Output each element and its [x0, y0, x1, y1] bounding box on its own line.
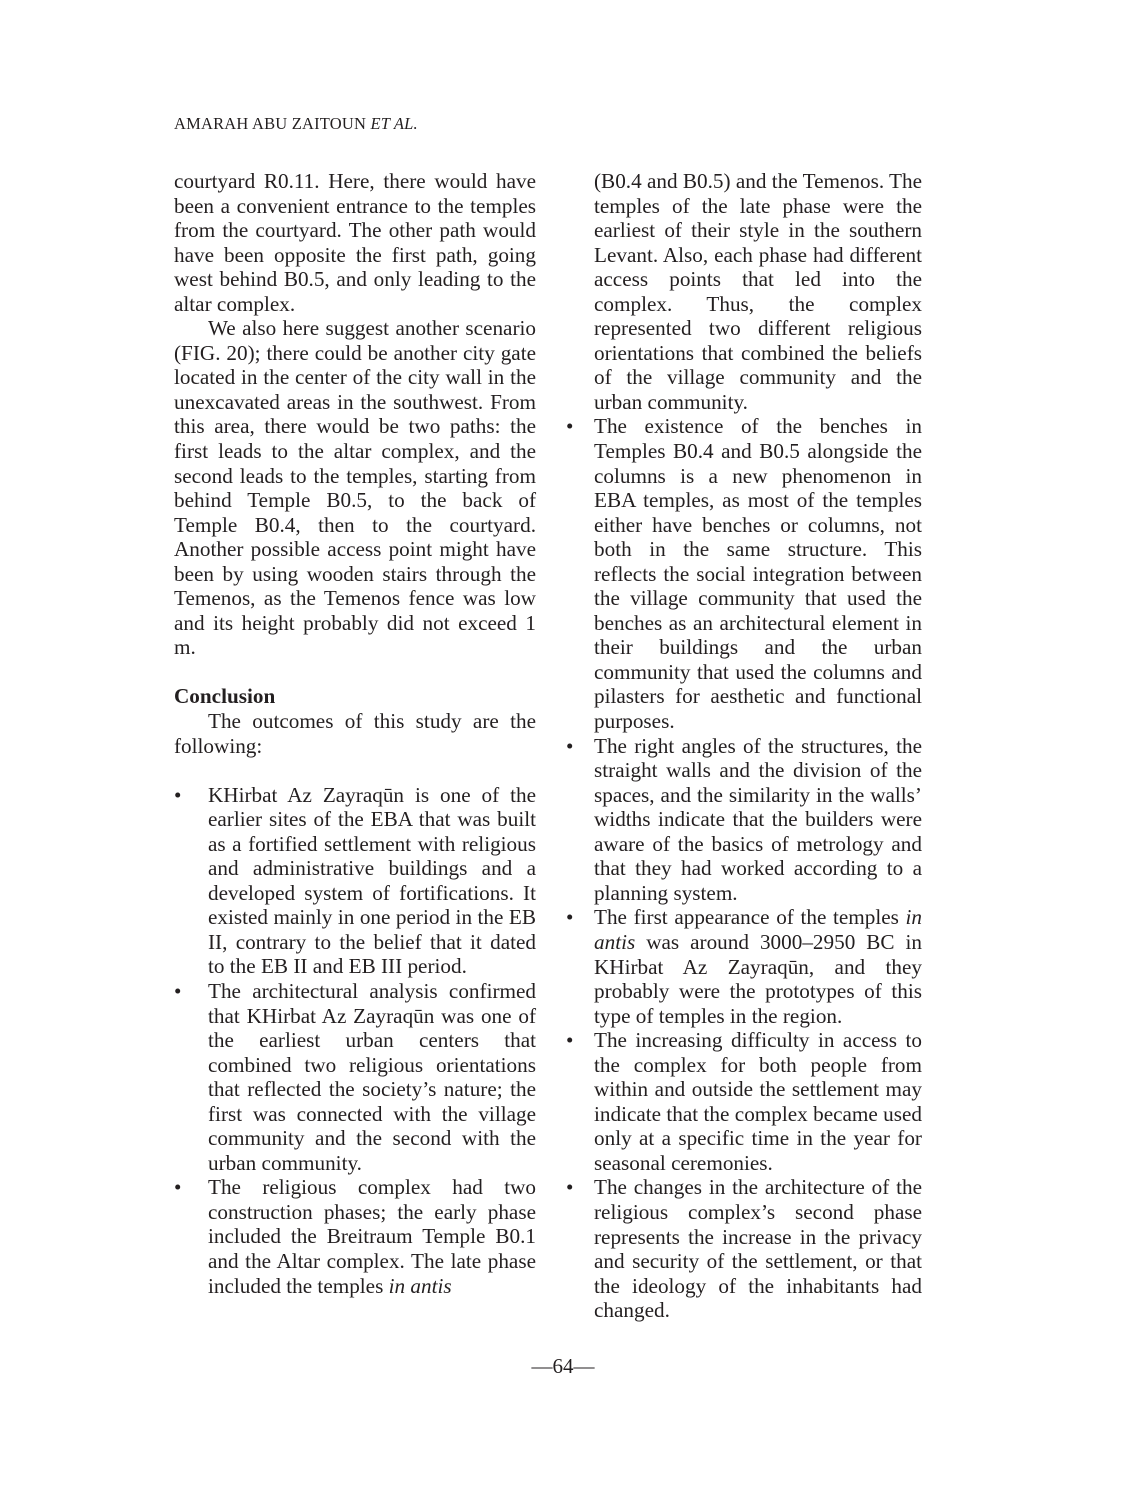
- bullet-icon: •: [174, 1175, 184, 1200]
- list-item: •The architectural analysis confirmed th…: [174, 979, 536, 1175]
- right-column: (B0.4 and B0.5) and the Temenos. The tem…: [566, 169, 922, 1323]
- list-item: •The first appearance of the temples in …: [566, 905, 922, 1028]
- running-head-authors: AMARAH ABU ZAITOUN: [174, 114, 366, 133]
- section-heading-conclusion: Conclusion: [174, 684, 536, 709]
- list-item: •The changes in the architecture of the …: [566, 1175, 922, 1322]
- bullet-icon: •: [566, 414, 576, 439]
- list-item-text: The architectural analysis confirmed tha…: [208, 979, 536, 1175]
- list-item: •The right angles of the structures, the…: [566, 734, 922, 906]
- bullet-icon: •: [566, 905, 576, 930]
- conclusion-list: •KHirbat Az Zayraqūn is one of the earli…: [174, 783, 536, 1298]
- bullet-icon: •: [566, 1028, 576, 1053]
- list-item-text: was around 3000–2950 BC in KHirbat Az Za…: [594, 930, 922, 1028]
- list-item-text: The increasing difficulty in access to t…: [594, 1028, 922, 1175]
- paragraph-access-paths: courtyard R0.11. Here, there would have …: [174, 169, 536, 316]
- list-item-text: The existence of the benches in Temples …: [594, 414, 922, 733]
- list-item: •The existence of the benches in Temples…: [566, 414, 922, 733]
- list-item-text: The right angles of the structures, the …: [594, 734, 922, 905]
- bullet-icon: •: [174, 979, 184, 1004]
- list-item-text: The first appearance of the temples: [594, 905, 906, 929]
- list-item: •KHirbat Az Zayraqūn is one of the earli…: [174, 783, 536, 979]
- bullet-icon: •: [174, 783, 184, 808]
- bullet-icon: •: [566, 1175, 576, 1200]
- paragraph-conclusion-intro: The outcomes of this study are the follo…: [174, 709, 536, 758]
- conclusion-list-continued: •The existence of the benches in Temples…: [566, 414, 922, 1322]
- bullet-icon: •: [566, 734, 576, 759]
- running-head-etal: ET AL.: [370, 114, 417, 133]
- left-column: courtyard R0.11. Here, there would have …: [174, 169, 536, 1298]
- list-item-text: KHirbat Az Zayraqūn is one of the earlie…: [208, 783, 536, 979]
- paragraph-alternative-scenario: We also here suggest another scenario (F…: [174, 316, 536, 660]
- list-item: •The religious complex had two construct…: [174, 1175, 536, 1298]
- list-item-italic-term: in antis: [389, 1274, 452, 1298]
- list-item: •The increasing difficulty in access to …: [566, 1028, 922, 1175]
- list-item-text: The changes in the architecture of the r…: [594, 1175, 922, 1322]
- page-number: —64—: [0, 1354, 1126, 1379]
- running-head: AMARAH ABU ZAITOUN ET AL.: [174, 114, 418, 134]
- list-item-continuation: (B0.4 and B0.5) and the Temenos. The tem…: [566, 169, 922, 414]
- list-item-text: The religious complex had two constructi…: [208, 1175, 536, 1297]
